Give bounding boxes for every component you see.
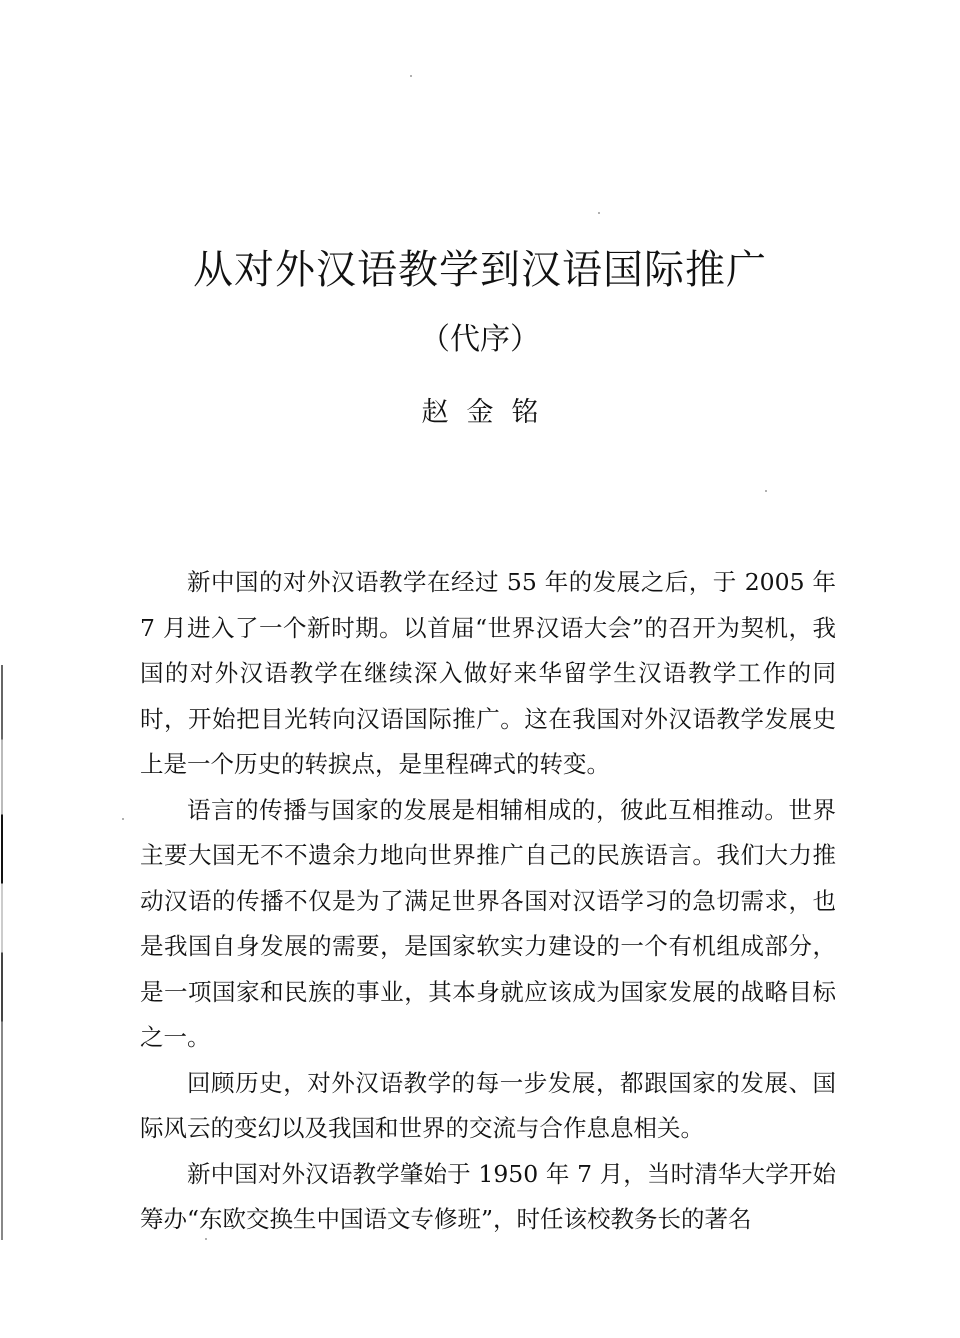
document-body: 新中国的对外汉语教学在经过 55 年的发展之后，于 2005 年 7 月进入了一… <box>140 560 836 1243</box>
paragraph: 回顾历史，对外汉语教学的每一步发展，都跟国家的发展、国际风云的变幻以及我国和世界… <box>140 1061 836 1152</box>
scan-speck <box>765 490 767 492</box>
paragraph: 新中国的对外汉语教学在经过 55 年的发展之后，于 2005 年 7 月进入了一… <box>140 560 836 788</box>
document-title: 从对外汉语教学到汉语国际推广 <box>0 240 960 300</box>
paragraph: 语言的传播与国家的发展是相辅相成的，彼此互相推动。世界主要大国无不不遗余力地向世… <box>140 788 836 1061</box>
document-page: 从对外汉语教学到汉语国际推广 （代序） 赵金铭 新中国的对外汉语教学在经过 55… <box>0 0 960 1338</box>
paragraph: 新中国对外汉语教学肇始于 1950 年 7 月，当时清华大学开始筹办“东欧交换生… <box>140 1152 836 1243</box>
document-subtitle: （代序） <box>0 315 960 365</box>
document-author: 赵金铭 <box>0 388 960 438</box>
scan-speck <box>122 818 124 820</box>
scan-speck <box>598 212 600 214</box>
scan-edge-artifact <box>1 665 3 1240</box>
scan-speck <box>410 75 412 77</box>
